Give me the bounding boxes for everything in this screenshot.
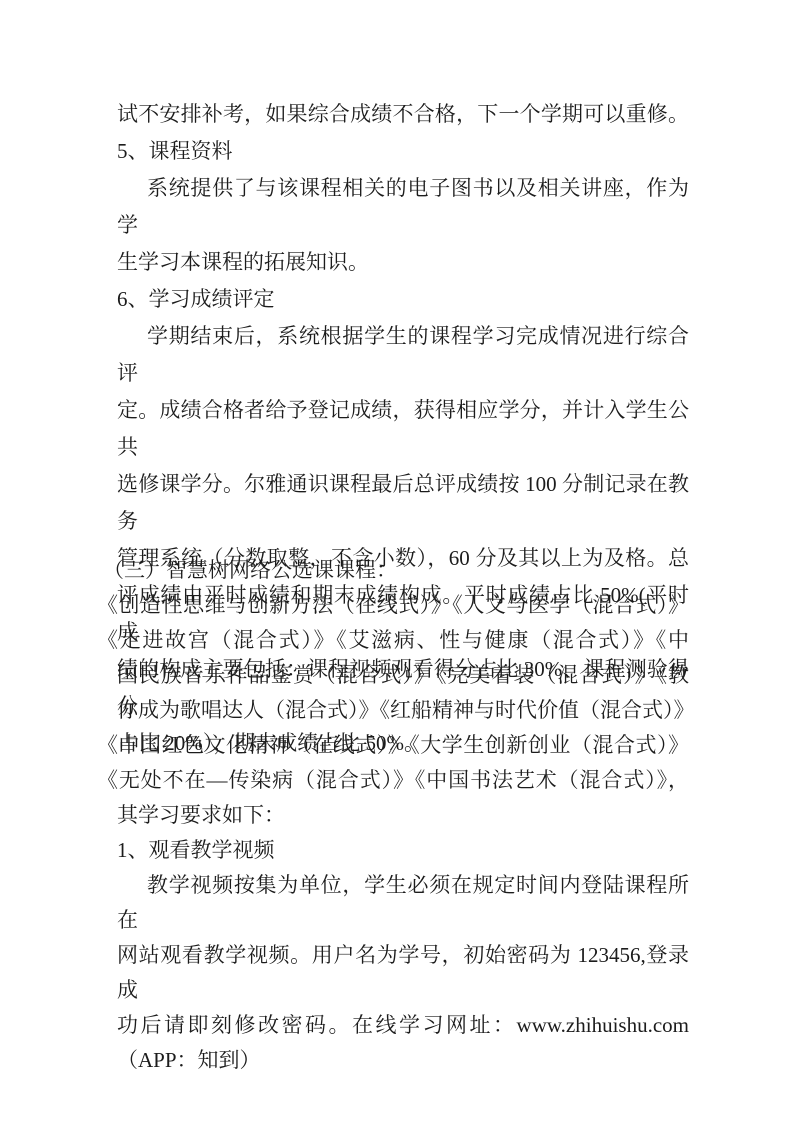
text-line: 学期结束后，系统根据学生的课程学习完成情况进行综合评 bbox=[117, 318, 689, 392]
text-line: 选修课学分。尔雅通识课程最后总评成绩按 100 分制记录在教务 bbox=[117, 466, 689, 540]
text-line: 系统提供了与该课程相关的电子图书以及相关讲座，作为学 bbox=[117, 170, 689, 244]
text-line: 《无处不在—传染病（混合式）》《中国书法艺术（混合式）》， bbox=[97, 763, 689, 798]
text-line: 定。成绩合格者给予登记成绩，获得相应学分，并计入学生公共 bbox=[117, 392, 689, 466]
text-line: 功后请即刻修改密码。在线学习网址：www.zhihuishu.com bbox=[117, 1008, 689, 1043]
list-item-heading: 6、学习成绩评定 bbox=[117, 281, 689, 318]
text-line: 《中国红色文化精神（在线式）》《大学生创新创业（混合式）》 bbox=[97, 728, 689, 763]
section-heading: （三）智慧树网络公选课课程： bbox=[103, 553, 689, 588]
text-line: 国民族音乐作品鉴赏（混合式）》《完美着装（混合式）》《教 bbox=[117, 658, 689, 693]
list-item-heading: 5、课程资料 bbox=[117, 133, 689, 170]
text-line: 其学习要求如下： bbox=[117, 798, 689, 833]
text-line: 你成为歌唱达人（混合式）》《红船精神与时代价值（混合式）》 bbox=[117, 693, 689, 728]
text-line: （APP：知到） bbox=[117, 1043, 689, 1078]
text-line: 《创造性思维与创新方法（在线式）》《人文与医学（混合式）》 bbox=[97, 588, 689, 623]
text-line: 网站观看教学视频。用户名为学号，初始密码为 123456,登录成 bbox=[117, 938, 689, 1008]
text-line: 教学视频按集为单位，学生必须在规定时间内登陆课程所在 bbox=[117, 868, 689, 938]
text-line: 《走进故宫（混合式）》《艾滋病、性与健康（混合式）》《中 bbox=[97, 623, 689, 658]
document-section-zhihuishu: （三）智慧树网络公选课课程： 《创造性思维与创新方法（在线式）》《人文与医学（混… bbox=[117, 553, 689, 1078]
text-line: 生学习本课程的拓展知识。 bbox=[117, 244, 689, 281]
list-item-heading: 1、观看教学视频 bbox=[117, 833, 689, 868]
document-page: 试不安排补考，如果综合成绩不合格，下一个学期可以重修。 5、课程资料 系统提供了… bbox=[0, 0, 793, 1122]
text-line: 试不安排补考，如果综合成绩不合格，下一个学期可以重修。 bbox=[117, 96, 689, 133]
